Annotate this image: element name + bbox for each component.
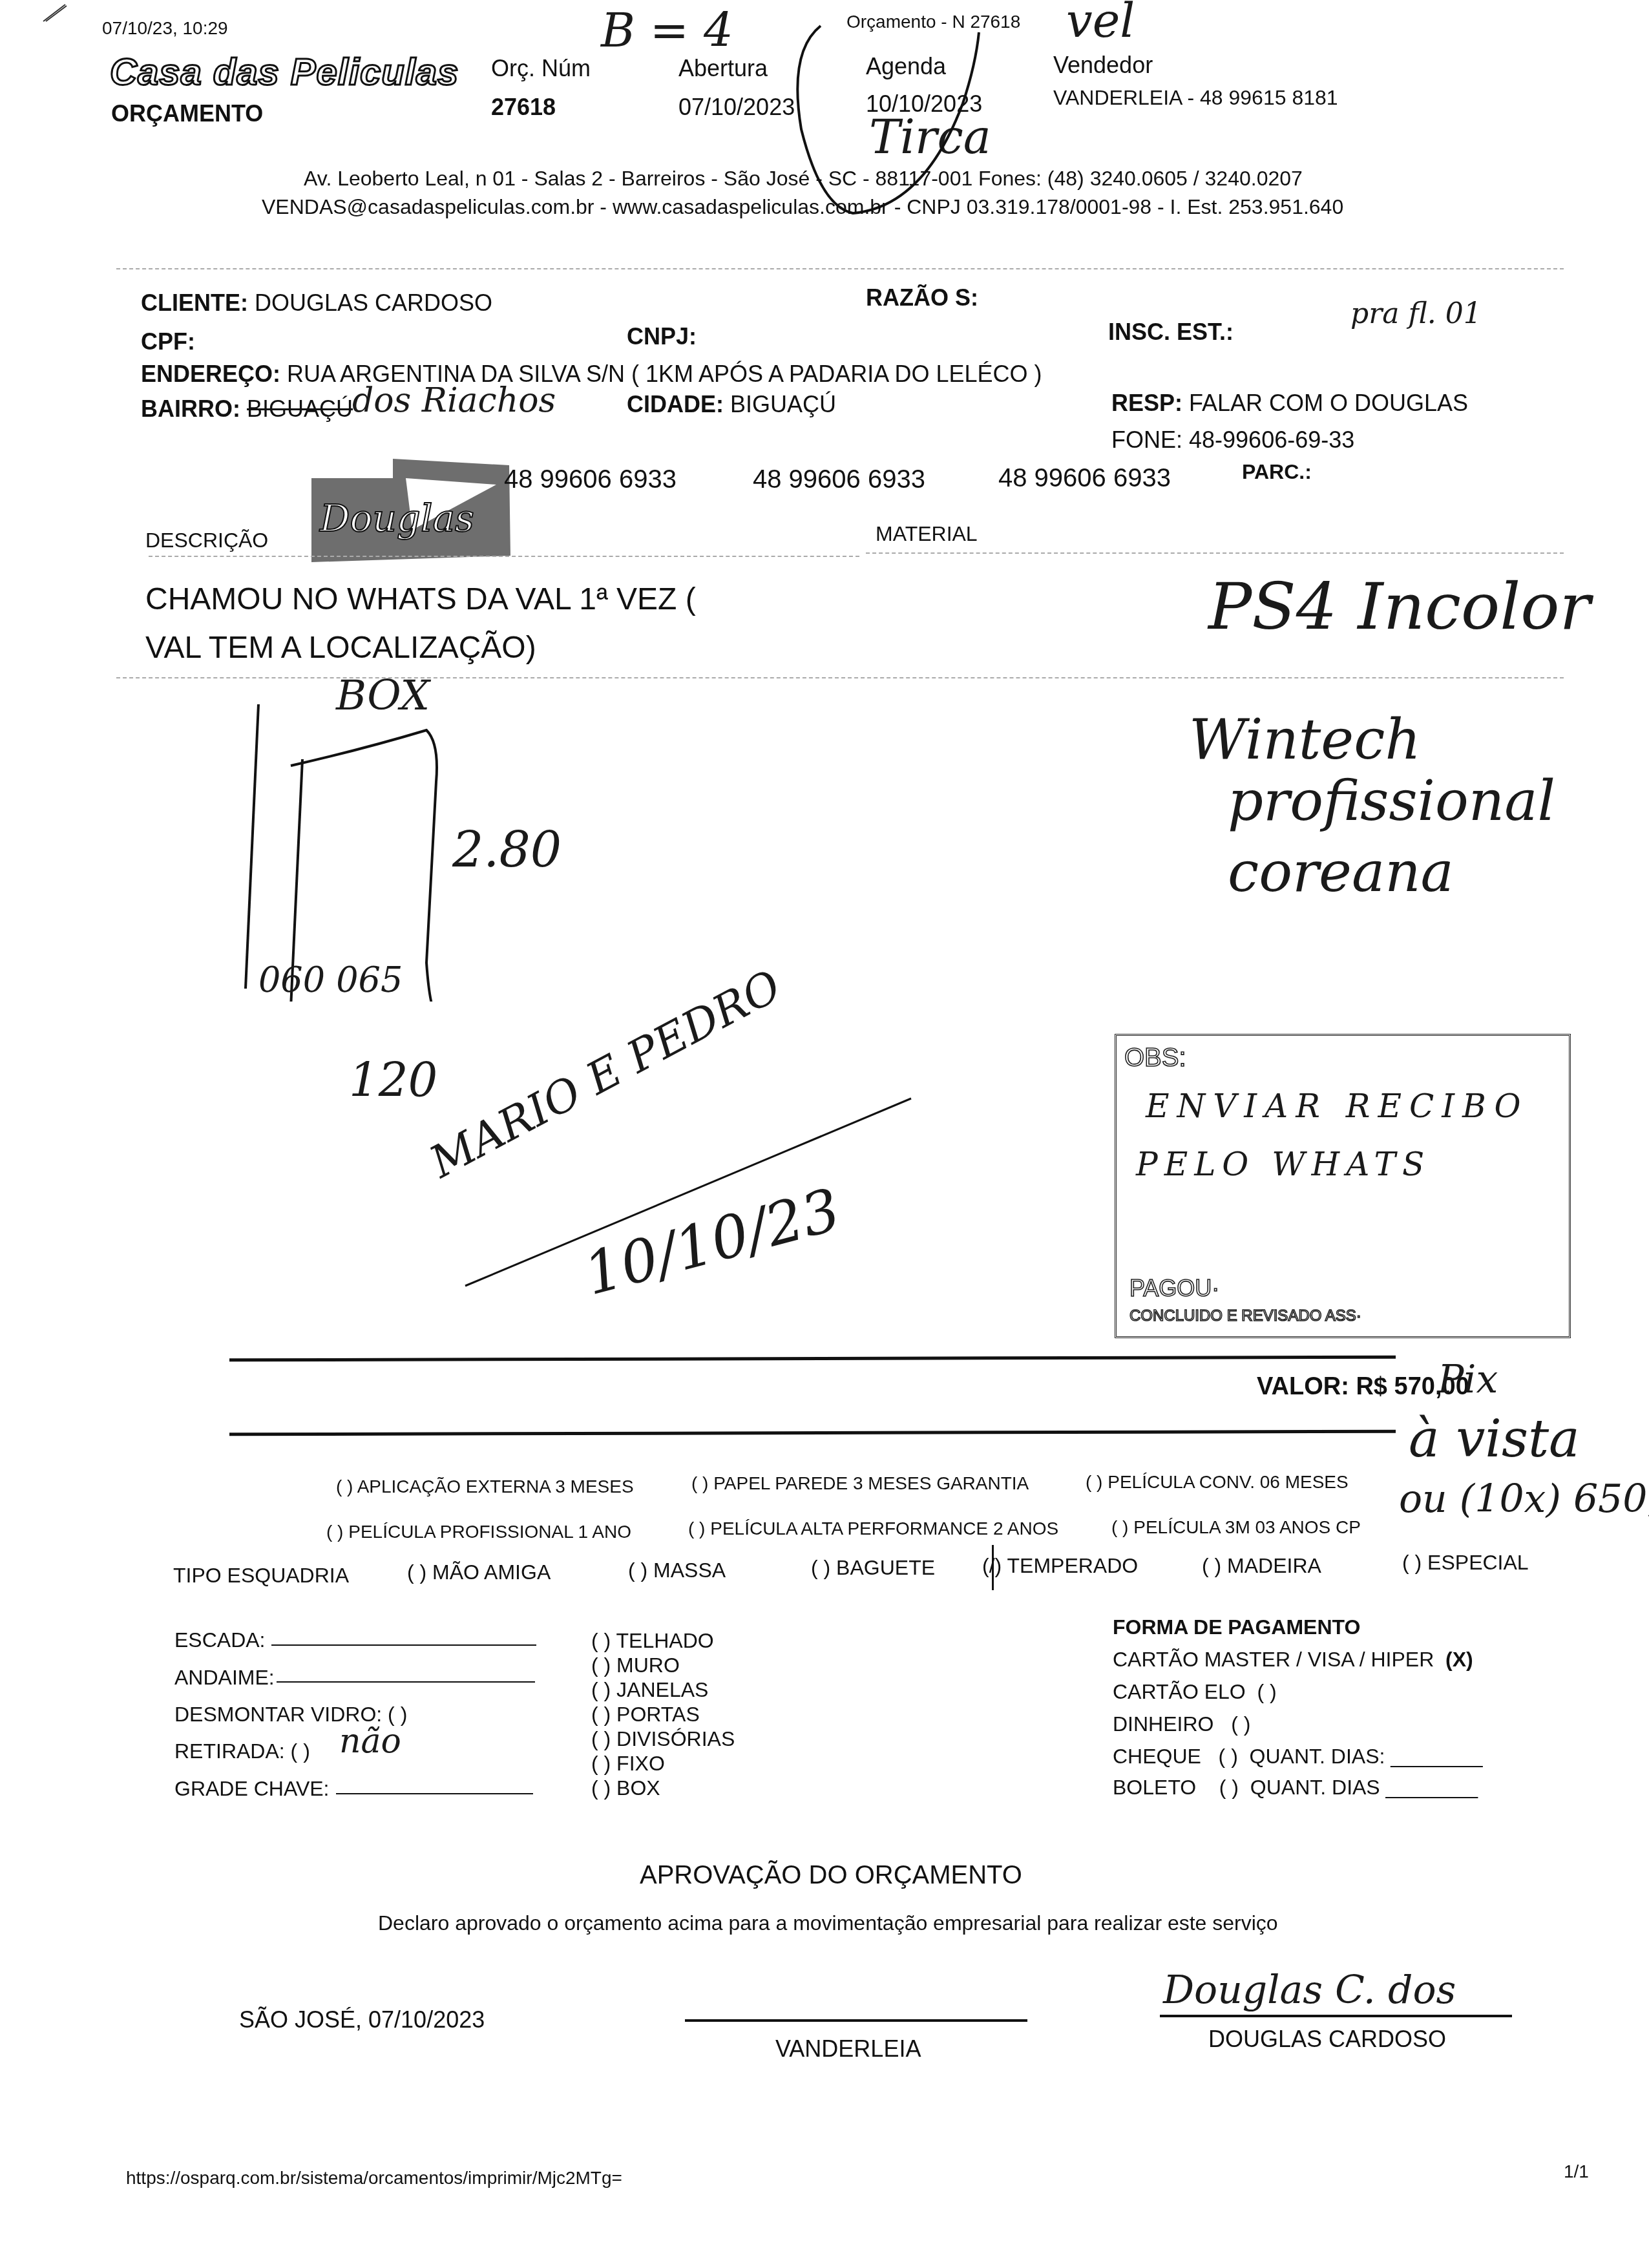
seller-name: VANDERLEIA	[775, 2035, 921, 2063]
company-address: Av. Leoberto Leal, n 01 - Salas 2 - Barr…	[304, 167, 1303, 191]
vendedor-label: Vendedor	[1053, 52, 1153, 79]
obs-note-line-1: ENVIAR RECIBO	[1146, 1087, 1529, 1125]
phone-1: 48 99606 6933	[504, 465, 677, 494]
cidade-value: BIGUAÇÚ	[730, 391, 836, 417]
fone-field: FONE: 48-99606-69-33	[1111, 426, 1354, 454]
payment-cheque[interactable]: CHEQUE ( ) QUANT. DIAS: ________	[1113, 1745, 1483, 1769]
payment-dinheiro[interactable]: DINHEIRO ( )	[1113, 1712, 1250, 1736]
local-fixo[interactable]: ( ) FIXO	[591, 1751, 735, 1776]
payment-mark-checked: (X)	[1445, 1648, 1473, 1671]
tipo-mao-amiga[interactable]: ( ) MÃO AMIGA	[407, 1560, 551, 1584]
box-sketch	[233, 704, 478, 1002]
andaime-field[interactable]	[277, 1681, 535, 1683]
handwritten-pix: Pix	[1438, 1357, 1498, 1402]
payment-title: FORMA DE PAGAMENTO	[1113, 1615, 1360, 1639]
option-pelicula-alta-performance[interactable]: ( ) PELÍCULA ALTA PERFORMANCE 2 ANOS	[688, 1518, 1058, 1539]
vendedor-value: VANDERLEIA - 48 99615 8181	[1053, 86, 1338, 110]
handwritten-douglas-tag: Douglas	[320, 496, 474, 540]
option-pelicula-3m[interactable]: ( ) PELÍCULA 3M 03 ANOS CP	[1111, 1517, 1361, 1538]
obs-label: OBS:	[1124, 1044, 1186, 1073]
bairro-field: BAIRRO: BIGUAÇÚ	[141, 395, 353, 423]
tipo-esquadria-label: TIPO ESQUADRIA	[173, 1564, 349, 1588]
cpf-label: CPF:	[141, 328, 195, 355]
handwritten-material-2: Wintech	[1189, 708, 1421, 772]
local-telhado[interactable]: ( ) TELHADO	[591, 1628, 735, 1653]
cnpj-label: CNPJ:	[627, 323, 697, 350]
company-logo: Casa das Peliculas	[110, 50, 459, 94]
handwritten-box-total: 120	[349, 1053, 437, 1108]
tipo-label: TEMPERADO	[1007, 1554, 1139, 1577]
endereco-field: ENDEREÇO: RUA ARGENTINA DA SILVA S/N ( 1…	[141, 361, 1042, 388]
local-label: PORTAS	[616, 1703, 700, 1726]
option-aplicacao-externa[interactable]: ( ) APLICAÇÃO EXTERNA 3 MESES	[336, 1476, 634, 1497]
tipo-temperado[interactable]: (/) TEMPERADO	[982, 1554, 1138, 1578]
razao-label: RAZÃO S:	[866, 284, 978, 311]
escada-field[interactable]	[271, 1644, 536, 1646]
cliente-label: CLIENTE:	[141, 289, 248, 316]
payment-extra: QUANT. DIAS:	[1250, 1745, 1385, 1768]
pen-mark	[42, 3, 68, 23]
footer-url[interactable]: https://osparq.com.br/sistema/orcamentos…	[126, 2168, 622, 2189]
option-papel-parede[interactable]: ( ) PAPEL PAREDE 3 MESES GARANTIA	[691, 1473, 1029, 1494]
handwritten-box-widths: 060 065	[258, 960, 403, 1000]
description-line-1: CHAMOU NO WHATS DA VAL 1ª VEZ (	[145, 582, 696, 617]
insc-label: INSC. EST.:	[1108, 319, 1234, 346]
payment-label: DINHEIRO	[1113, 1712, 1213, 1736]
tipo-massa[interactable]: ( ) MASSA	[628, 1559, 726, 1582]
concluido-label: CONCLUIDO E REVISADO ASS·	[1129, 1307, 1361, 1325]
handwritten-alt-price-2: ou (10x) 650,00	[1399, 1476, 1649, 1522]
handwritten-bairro-note: dos Riachos	[352, 381, 556, 420]
fone-value: 48-99606-69-33	[1189, 426, 1354, 453]
tipo-madeira[interactable]: ( ) MADEIRA	[1202, 1554, 1321, 1578]
retirada[interactable]: RETIRADA: ( )	[174, 1739, 310, 1763]
fone-label: FONE:	[1111, 426, 1182, 453]
payment-cartao-elo[interactable]: CARTÃO ELO ( )	[1113, 1680, 1277, 1704]
tipo-especial[interactable]: ( ) ESPECIAL	[1402, 1551, 1529, 1575]
tipo-label: BAGUETE	[836, 1556, 935, 1579]
print-timestamp: 07/10/23, 10:29	[102, 18, 228, 39]
handwritten-alt-price-1: à vista	[1409, 1409, 1580, 1469]
local-divisorias[interactable]: ( ) DIVISÓRIAS	[591, 1727, 735, 1751]
client-name: DOUGLAS CARDOSO	[1208, 2026, 1446, 2053]
obs-note-line-2: PELO WHATS	[1136, 1146, 1431, 1183]
local-label: FIXO	[616, 1752, 665, 1775]
payment-boleto[interactable]: BOLETO ( ) QUANT. DIAS ________	[1113, 1776, 1478, 1800]
company-contact: VENDAS@casadaspeliculas.com.br - www.cas…	[262, 195, 1343, 219]
abertura-value: 07/10/2023	[678, 94, 795, 121]
cidade-label: CIDADE:	[627, 391, 724, 417]
escada-label: ESCADA:	[174, 1628, 265, 1652]
pagou-label: PAGOU·	[1129, 1275, 1219, 1302]
local-muro[interactable]: ( ) MURO	[591, 1653, 735, 1677]
parc-label: PARC.:	[1242, 460, 1312, 484]
approval-place-date: SÃO JOSÉ, 07/10/2023	[239, 2006, 485, 2033]
local-box[interactable]: ( ) BOX	[591, 1776, 735, 1800]
tipo-label: MASSA	[653, 1559, 726, 1582]
option-pelicula-conv[interactable]: ( ) PELÍCULA CONV. 06 MESES	[1086, 1472, 1349, 1493]
tipo-label: MADEIRA	[1227, 1554, 1321, 1577]
doc-type-title: ORÇAMENTO	[111, 100, 263, 127]
phone-3: 48 99606 6933	[998, 464, 1171, 493]
bairro-value-struck: BIGUAÇÚ	[247, 395, 353, 422]
grade-chave-field[interactable]	[336, 1793, 533, 1794]
obs-box: OBS: ENVIAR RECIBO PELO WHATS PAGOU· CON…	[1115, 1034, 1571, 1338]
option-pelicula-profissional[interactable]: ( ) PELÍCULA PROFISSIONAL 1 ANO	[326, 1522, 631, 1542]
abertura-label: Abertura	[678, 55, 768, 82]
client-signature: Douglas C. dos	[1163, 1968, 1456, 2013]
endereco-label: ENDEREÇO:	[141, 361, 280, 387]
resp-field: RESP: FALAR COM O DOUGLAS	[1111, 390, 1468, 417]
local-portas[interactable]: ( ) PORTAS	[591, 1702, 735, 1727]
payment-label: CHEQUE	[1113, 1745, 1201, 1768]
payment-mark: ( )	[1219, 1745, 1238, 1768]
payment-mark: ( )	[1219, 1776, 1239, 1799]
local-label: TELHADO	[616, 1629, 714, 1652]
approval-declaration: Declaro aprovado o orçamento acima para …	[378, 1911, 1278, 1935]
locais-list: ( ) TELHADO ( ) MURO ( ) JANELAS ( ) POR…	[591, 1628, 735, 1800]
handwritten-vel: vel	[1066, 0, 1135, 48]
cidade-field: CIDADE: BIGUAÇÚ	[627, 391, 836, 418]
descricao-label: DESCRIÇÃO	[145, 529, 268, 552]
payment-cartao-master[interactable]: CARTÃO MASTER / VISA / HIPER (X)	[1113, 1648, 1473, 1672]
payment-label: CARTÃO MASTER / VISA / HIPER	[1113, 1648, 1434, 1671]
handwritten-material-4: coreana	[1228, 840, 1454, 905]
cliente-field: CLIENTE: DOUGLAS CARDOSO	[141, 289, 492, 317]
resp-value: FALAR COM O DOUGLAS	[1189, 390, 1468, 416]
local-janelas[interactable]: ( ) JANELAS	[591, 1677, 735, 1702]
seller-signature-line	[685, 2019, 1027, 2022]
local-label: BOX	[616, 1776, 660, 1800]
handwritten-circle	[782, 13, 1040, 226]
handwritten-b4: B = 4	[601, 3, 733, 58]
bairro-label: BAIRRO:	[141, 395, 240, 422]
payment-extra: QUANT. DIAS	[1250, 1776, 1380, 1799]
resp-label: RESP:	[1111, 390, 1182, 416]
footer-page-number: 1/1	[1564, 2161, 1589, 2182]
local-label: DIVISÓRIAS	[616, 1727, 735, 1750]
valor-label: VALOR:	[1257, 1373, 1349, 1400]
handwritten-material-1: PS4 Incolor	[1208, 569, 1590, 644]
local-label: JANELAS	[616, 1678, 708, 1701]
temperado-check-mark: (/)	[982, 1554, 1002, 1577]
tipo-label: MÃO AMIGA	[432, 1560, 551, 1584]
handwritten-box-height: 2.80	[452, 821, 562, 878]
payment-label: CARTÃO ELO	[1113, 1680, 1246, 1703]
andaime-label: ANDAIME:	[174, 1666, 275, 1690]
phone-2: 48 99606 6933	[753, 465, 925, 494]
payment-mark: ( )	[1257, 1680, 1276, 1703]
cliente-value: DOUGLAS CARDOSO	[255, 289, 492, 316]
client-signature-line	[1160, 2015, 1512, 2017]
orc-num-label: Orç. Núm	[491, 55, 591, 82]
grade-chave-label: GRADE CHAVE:	[174, 1777, 329, 1801]
approval-title: APROVAÇÃO DO ORÇAMENTO	[640, 1861, 1022, 1890]
tipo-label: ESPECIAL	[1427, 1551, 1529, 1574]
handwritten-retirada-note: não	[339, 1722, 401, 1761]
description-line-2: VAL TEM A LOCALIZAÇÃO)	[145, 630, 536, 666]
material-label: MATERIAL	[876, 522, 978, 546]
orc-num-value: 27618	[491, 94, 556, 121]
handwritten-insc-note: pra fl. 01	[1350, 297, 1482, 330]
tipo-baguete[interactable]: ( ) BAGUETE	[811, 1556, 935, 1580]
local-label: MURO	[616, 1654, 680, 1677]
handwritten-material-3: profissional	[1228, 769, 1555, 834]
payment-label: BOLETO	[1113, 1776, 1196, 1799]
payment-mark: ( )	[1231, 1712, 1250, 1736]
